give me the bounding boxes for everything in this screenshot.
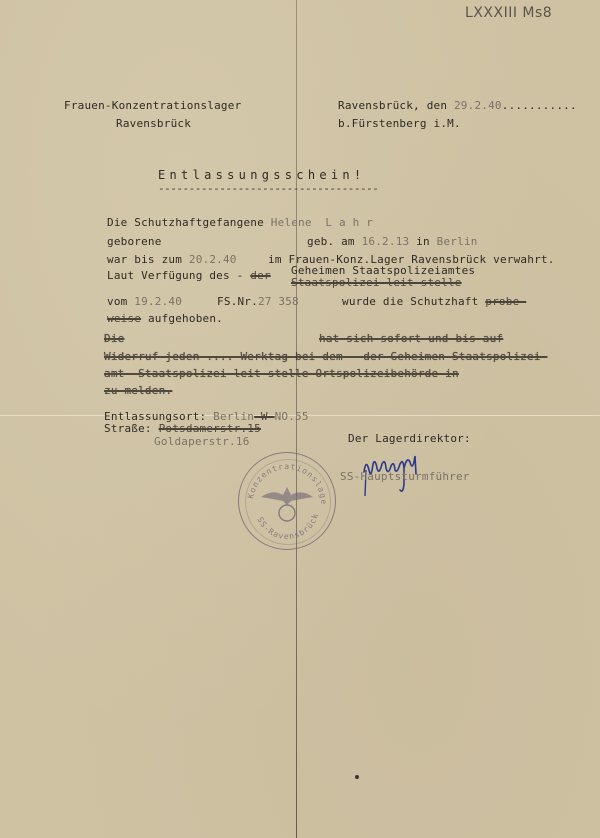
held-until-label: war bis zum xyxy=(107,253,189,266)
postal-district: NO.55 xyxy=(275,410,309,423)
birth-date: 16.2.13 xyxy=(362,235,410,248)
ink-spot xyxy=(355,775,359,779)
birth-place: Berlin xyxy=(437,235,478,248)
svg-text:SS-Ravensbrück: SS-Ravensbrück xyxy=(255,512,320,541)
struck-weise: weise xyxy=(107,312,141,325)
eagle-emblem-icon: Konzentrationslager SS-Ravensbrück xyxy=(239,453,335,549)
struck-para-line-1b: hat sich sofort und bis auf xyxy=(319,332,503,345)
camp-stamp: Konzentrationslager SS-Ravensbrück xyxy=(238,452,336,550)
camp-name: Frauen-Konzentrationslager xyxy=(64,99,241,112)
struck-para-line-2: Widerruf jeden .... Werktag bei dem - de… xyxy=(104,350,547,363)
place-date-line: Ravensbrück, den 29.2.40........... xyxy=(338,99,577,112)
place-date-prefix: Ravensbrück, den xyxy=(338,99,454,112)
title-underline: ------------------------------------ xyxy=(158,182,378,195)
document-title: Entlassungsschein! xyxy=(158,168,365,182)
director-rank: SS-Hauptsturmführer xyxy=(340,470,470,483)
archive-reference: LXXXIII Ms8 xyxy=(465,5,552,21)
lifted-text: aufgehoben. xyxy=(141,312,223,325)
birth-label: geb. am xyxy=(307,235,362,248)
order-label: Laut Verfügung des - xyxy=(107,269,250,282)
issue-date: 29.2.40 xyxy=(454,99,502,112)
camp-location: Ravensbrück xyxy=(116,117,191,130)
struck-article: der xyxy=(250,269,270,282)
birth-line: geb. am 16.2.13 in Berlin xyxy=(307,235,478,248)
prisoner-line: Die Schutzhaftgefangene Helene L a h r xyxy=(107,216,373,229)
struck-para-line-1a: Die xyxy=(104,332,124,345)
fs-number-line: FS.Nr.27 358 xyxy=(217,295,299,308)
street-label: Straße: xyxy=(104,422,159,435)
order-line: Laut Verfügung des - der xyxy=(107,269,271,282)
held-until-date: 20.2.40 xyxy=(189,253,237,266)
maiden-name-label: geborene xyxy=(107,235,162,248)
fs-label: FS.Nr. xyxy=(217,295,258,308)
director-title: Der Lagerdirektor: xyxy=(348,432,471,445)
held-until-line: war bis zum 20.2.40 xyxy=(107,253,237,266)
last-name: L a h r xyxy=(325,216,373,229)
order-date: 19.2.40 xyxy=(134,295,182,308)
struck-probe: probe- xyxy=(485,295,526,308)
place-line-2: b.Fürstenberg i.M. xyxy=(338,117,461,130)
release-text: wurde die Schutzhaft probe- xyxy=(342,295,526,308)
stamp-text-bottom: SS-Ravensbrück xyxy=(255,512,320,541)
authority-struck: Staatspolizei-leit-stelle xyxy=(291,276,462,289)
lifted-line: weise aufgehoben. xyxy=(107,312,223,325)
street-value: Goldaperstr.16 xyxy=(154,435,250,448)
order-date-label: vom xyxy=(107,295,134,308)
release-text-label: wurde die Schutzhaft xyxy=(342,295,485,308)
struck-para-line-4: zu melden. xyxy=(104,384,172,397)
order-date-line: vom 19.2.40 xyxy=(107,295,182,308)
document-page: LXXXIII Ms8 Frauen-Konzentrationslager R… xyxy=(0,0,600,838)
prisoner-label: Die Schutzhaftgefangene xyxy=(107,216,271,229)
date-dots: ........... xyxy=(502,99,577,112)
struck-street: Potsdamerstr.15 xyxy=(159,422,261,435)
struck-para-line-3: amt- Staatspolizei-leit-stelle-Ortspoliz… xyxy=(104,367,459,380)
birth-in: in xyxy=(409,235,436,248)
fs-number: 27 358 xyxy=(258,295,299,308)
street-line: Straße: Potsdamerstr.15 xyxy=(104,422,261,435)
first-name: Helene xyxy=(271,216,312,229)
